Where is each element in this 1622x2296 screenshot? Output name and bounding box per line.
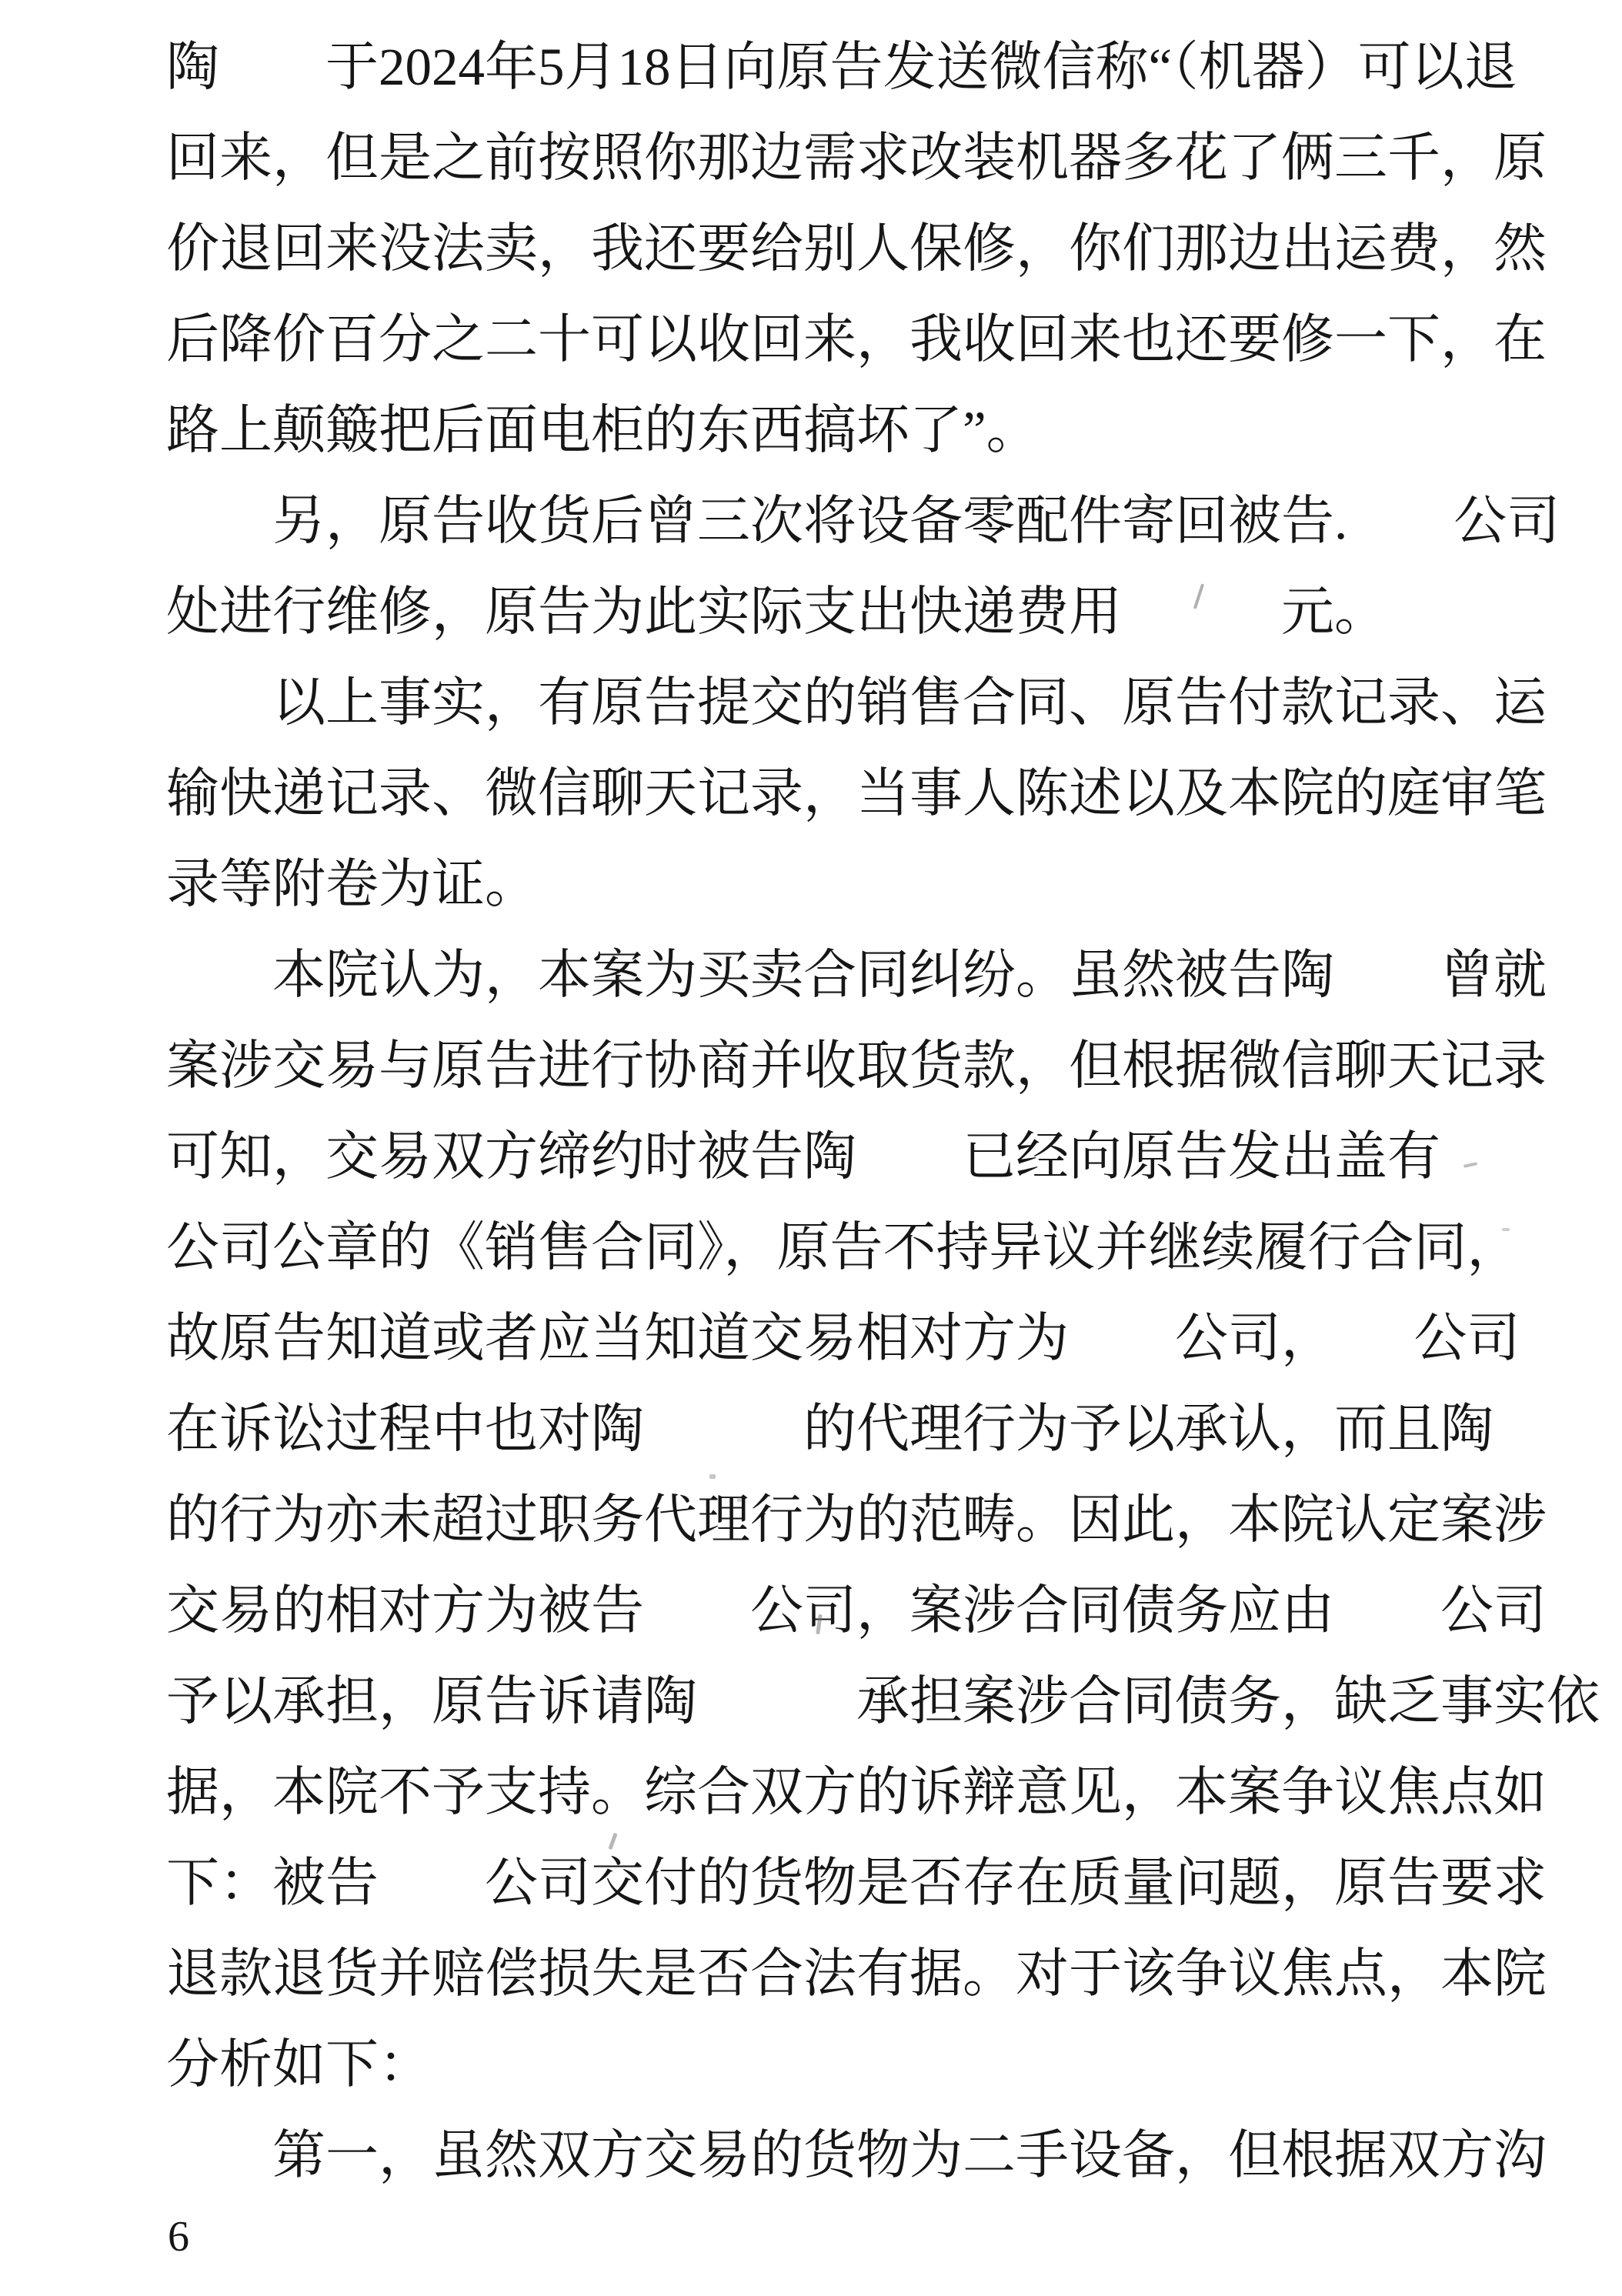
text-line: 下：被告 公司交付的货物是否存在质量问题，原告要求 <box>166 1837 1559 1928</box>
scan-artifact <box>709 1474 716 1479</box>
text-line: 案涉交易与原告进行协商并收取货款，但根据微信聊天记录 <box>166 1020 1559 1111</box>
scan-artifact <box>737 1497 742 1502</box>
text-line: 公司公章的《销售合同》，原告不持异议并继续履行合同， <box>166 1202 1559 1293</box>
text-line: 在诉讼过程中也对陶 的代理行为予以承认，而且陶 <box>166 1383 1559 1474</box>
page-number: 6 <box>168 2210 189 2264</box>
text-line: 的行为亦未超过职务代理行为的范畴。因此，本院认定案涉 <box>166 1474 1559 1565</box>
text-line: 输快递记录、微信聊天记录，当事人陈述以及本院的庭审笔 <box>166 748 1559 839</box>
text-line: 陶 于2024年5月18日向原告发送微信称“（机器）可以退 <box>166 22 1559 112</box>
text-line: 后降价百分之二十可以收回来，我收回来也还要修一下，在 <box>166 294 1559 385</box>
text-line: 可知，交易双方缔约时被告陶 已经向原告发出盖有 <box>166 1111 1559 1202</box>
text-line: 处进行维修，原告为此实际支出快递费用 元。 <box>166 566 1559 657</box>
scan-artifact <box>1502 1228 1510 1231</box>
text-line: 交易的相对方为被告 公司，案涉合同债务应由 公司 <box>166 1565 1559 1656</box>
text-line: 路上颠簸把后面电柜的东西搞坏了”。 <box>166 385 1559 476</box>
body-text: 陶 于2024年5月18日向原告发送微信称“（机器）可以退 回来，但是之前按照你… <box>166 22 1559 2201</box>
text-line: 以上事实，有原告提交的销售合同、原告付款记录、运 <box>166 657 1559 748</box>
text-line: 退款退货并赔偿损失是否合法有据。对于该争议焦点，本院 <box>166 1928 1559 2019</box>
text-line: 录等附卷为证。 <box>166 839 1559 929</box>
text-line: 分析如下： <box>166 2019 1559 2110</box>
text-line: 予以承担，原告诉请陶 承担案涉合同债务，缺乏事实依 <box>166 1656 1559 1747</box>
text-line: 据，本院不予支持。综合双方的诉辩意见，本案争议焦点如 <box>166 1747 1559 1837</box>
text-line: 价退回来没法卖，我还要给别人保修，你们那边出运费，然 <box>166 203 1559 294</box>
judgment-document-page: 陶 于2024年5月18日向原告发送微信称“（机器）可以退 回来，但是之前按照你… <box>0 0 1622 2296</box>
text-line: 回来，但是之前按照你那边需求改装机器多花了俩三千，原 <box>166 112 1559 203</box>
text-line: 第一，虽然双方交易的货物为二手设备，但根据双方沟 <box>166 2110 1559 2201</box>
text-line: 故原告知道或者应当知道交易相对方为 公司， 公司 <box>166 1293 1559 1383</box>
text-line: 本院认为，本案为买卖合同纠纷。虽然被告陶 曾就 <box>166 929 1559 1020</box>
text-line: 另，原告收货后曾三次将设备零配件寄回被告. 公司 <box>166 476 1559 566</box>
